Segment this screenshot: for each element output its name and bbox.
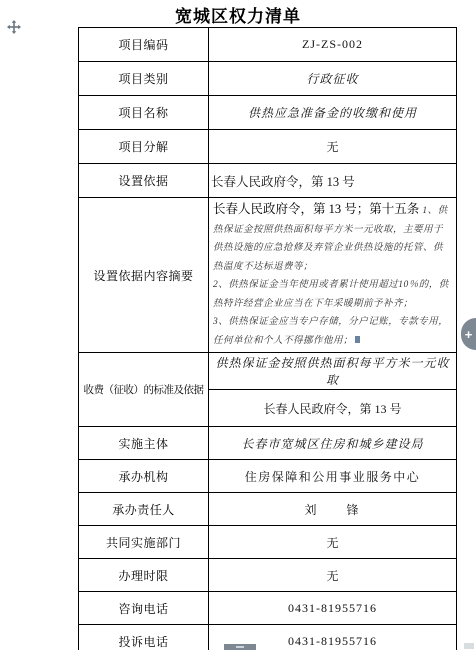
label-cell-project-breakdown[interactable]: 项目分解 (79, 130, 209, 164)
value-cell-setting-basis[interactable]: 长春人民政府令，第 13 号 (209, 164, 457, 198)
table-row: 设置依据内容摘要 长春人民政府令，第 13 号；第十五条 1、供热保证金按照供热… (79, 198, 457, 353)
value-cell-responsible-person[interactable]: 刘 锋 (209, 493, 457, 526)
expand-float-button[interactable]: + (461, 318, 476, 350)
basis-summary-lead: 长春人民政府令，第 13 号；第十五条 (213, 202, 422, 216)
value-cell-project-name[interactable]: 供热应急准备金的收缴和使用 (209, 96, 457, 130)
table-row: 共同实施部门 无 (79, 526, 457, 559)
label-cell-setting-basis[interactable]: 设置依据 (79, 164, 209, 198)
label-cell-responsible-person[interactable]: 承办责任人 (79, 493, 209, 526)
table-row: 承办责任人 刘 锋 (79, 493, 457, 526)
value-cell-fee-standard-top[interactable]: 供热保证金按照供热面积每平方米一元收取 (209, 353, 457, 390)
table-row: 项目分解 无 (79, 130, 457, 164)
bottom-scrollbar-thumb[interactable] (224, 644, 256, 650)
table-row: 项目类别 行政征收 (79, 62, 457, 96)
table-row: 实施主体 长春市宽城区住房和城乡建设局 (79, 427, 457, 460)
table-row: 办理时限 无 (79, 559, 457, 592)
label-cell-processing-time[interactable]: 办理时限 (79, 559, 209, 592)
table-row: 投诉电话 0431-81955716 (79, 625, 457, 650)
table-row: 承办机构 住房保障和公用事业服务中心 (79, 460, 457, 493)
move-arrows-icon (7, 20, 21, 34)
value-cell-fee-standard-bottom[interactable]: 长春人民政府令，第 13 号 (209, 390, 457, 427)
power-list-table: 项目编码 ZJ-ZS-002 项目类别 行政征收 项目名称 供热应急准备金的收缴… (78, 27, 457, 650)
value-cell-joint-departments[interactable]: 无 (209, 526, 457, 559)
table-row: 收费（征收）的标准及依据 供热保证金按照供热面积每平方米一元收取 (79, 353, 457, 390)
text-anchor-marker (355, 336, 360, 343)
table-row: 咨询电话 0431-81955716 (79, 592, 457, 625)
label-cell-implementing-body[interactable]: 实施主体 (79, 427, 209, 460)
table-row: 项目名称 供热应急准备金的收缴和使用 (79, 96, 457, 130)
label-cell-project-name[interactable]: 项目名称 (79, 96, 209, 130)
label-cell-basis-summary[interactable]: 设置依据内容摘要 (79, 198, 209, 353)
page-title: 宽城区权力清单 (0, 2, 476, 27)
label-cell-fee-standard[interactable]: 收费（征收）的标准及依据 (79, 353, 209, 427)
value-cell-handling-agency[interactable]: 住房保障和公用事业服务中心 (209, 460, 457, 493)
scroll-thumb-notch (236, 646, 244, 648)
plus-icon: + (465, 328, 473, 341)
value-cell-implementing-body[interactable]: 长春市宽城区住房和城乡建设局 (209, 427, 457, 460)
table-move-handle[interactable] (7, 20, 21, 34)
value-cell-consult-phone[interactable]: 0431-81955716 (209, 592, 457, 625)
label-cell-project-category[interactable]: 项目类别 (79, 62, 209, 96)
resize-handle-fragment[interactable] (464, 643, 474, 649)
value-cell-processing-time[interactable]: 无 (209, 559, 457, 592)
label-cell-project-code[interactable]: 项目编码 (79, 28, 209, 62)
label-cell-consult-phone[interactable]: 咨询电话 (79, 592, 209, 625)
value-cell-project-category[interactable]: 行政征收 (209, 62, 457, 96)
label-cell-joint-departments[interactable]: 共同实施部门 (79, 526, 209, 559)
basis-summary-detail: 1、供热保证金按照供热面积每平方米一元收取，主要用于供热设施的应急抢修及弃管企业… (213, 206, 449, 346)
table-row: 项目编码 ZJ-ZS-002 (79, 28, 457, 62)
table-row: 设置依据 长春人民政府令，第 13 号 (79, 164, 457, 198)
value-cell-project-code[interactable]: ZJ-ZS-002 (209, 28, 457, 62)
value-cell-basis-summary[interactable]: 长春人民政府令，第 13 号；第十五条 1、供热保证金按照供热面积每平方米一元收… (209, 198, 457, 353)
label-cell-handling-agency[interactable]: 承办机构 (79, 460, 209, 493)
value-cell-project-breakdown[interactable]: 无 (209, 130, 457, 164)
label-cell-complaint-phone[interactable]: 投诉电话 (79, 625, 209, 650)
